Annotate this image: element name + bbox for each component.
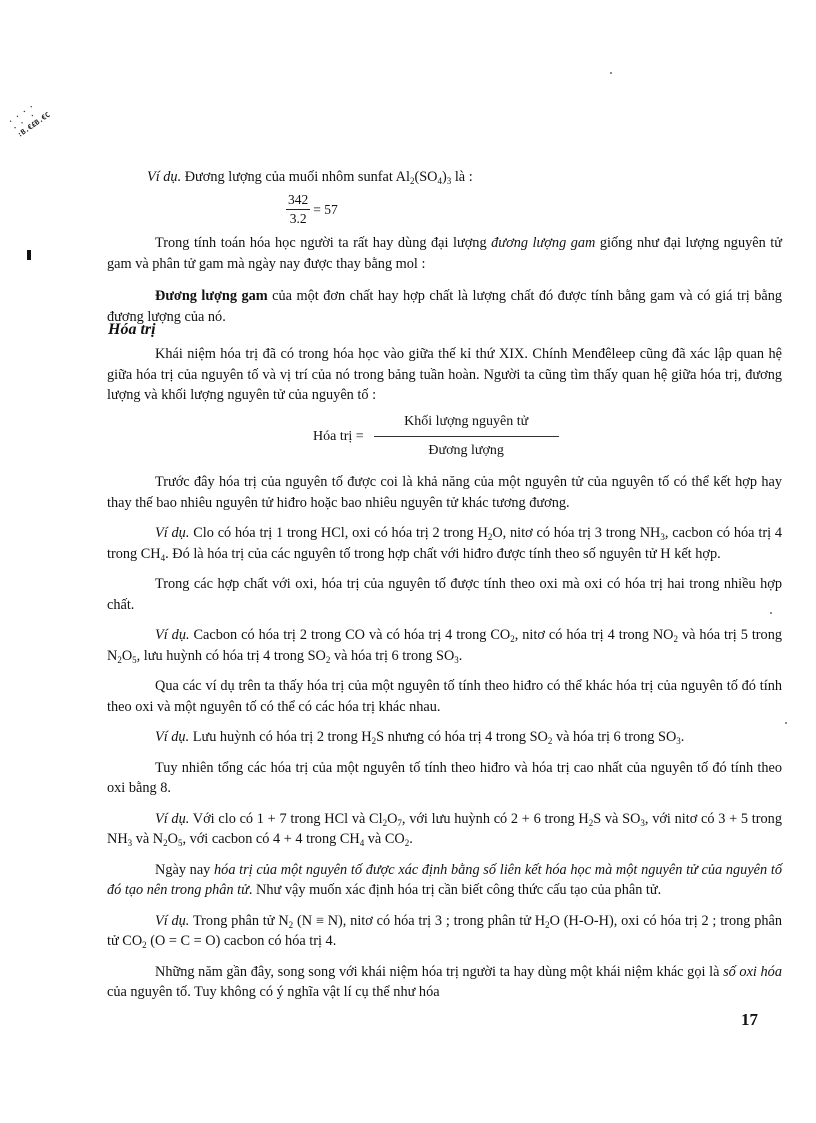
body-block-1: Trong tính toán hóa học người ta rất hay… xyxy=(107,233,782,327)
paragraph-history: Khái niệm hóa trị đã có trong hóa học và… xyxy=(107,344,782,406)
example-oxygen: Ví dụ. Cacbon có hóa trị 2 trong CO và c… xyxy=(107,625,782,666)
library-stamp: · · · · · · · :B.€£B.€C xyxy=(7,91,67,148)
page-number: 17 xyxy=(741,1010,758,1030)
example-sulfur: Ví dụ. Lưu huỳnh có hóa trị 2 trong H2S … xyxy=(107,727,782,748)
example-sum: Ví dụ. Với clo có 1 + 7 trong HCl và Cl2… xyxy=(107,809,782,850)
fraction-denominator: 3.2 xyxy=(290,210,307,227)
scan-speck xyxy=(785,722,787,724)
paragraph-today: Ngày nay hóa trị của một nguyên tố được … xyxy=(107,860,782,901)
paragraph-sum: Tuy nhiên tổng các hóa trị của một nguyê… xyxy=(107,758,782,799)
example-hydrogen: Ví dụ. Clo có hóa trị 1 trong HCl, oxi c… xyxy=(107,523,782,564)
document-page: · · · · · · · :B.€£B.€C Ví dụ. Đương lượ… xyxy=(0,0,816,1123)
example-label: Ví dụ. xyxy=(147,169,181,185)
paragraph-oxidation: Những năm gần đây, song song với khái ni… xyxy=(107,962,782,1003)
formula-denominator: Đương lượng xyxy=(428,437,503,459)
fraction-result: = 57 xyxy=(313,202,338,218)
paragraph-gram-equivalent: Trong tính toán hóa học người ta rất hay… xyxy=(107,233,782,274)
example-structure: Ví dụ. Trong phân tử N2 (N ≡ N), nitơ có… xyxy=(107,911,782,952)
body-block-3: Trước đây hóa trị của nguyên tố được coi… xyxy=(107,472,782,1003)
paragraph-previous: Trước đây hóa trị của nguyên tố được coi… xyxy=(107,472,782,513)
scan-speck xyxy=(610,72,612,74)
paragraph-examples-show: Qua các ví dụ trên ta thấy hóa trị của m… xyxy=(107,676,782,717)
fraction-numerator: 342 xyxy=(286,192,310,210)
paragraph-definition: Đương lượng gam của một đơn chất hay hợp… xyxy=(107,286,782,327)
formula-lhs: Hóa trị = xyxy=(313,429,364,445)
paragraph-oxygen: Trong các hợp chất với oxi, hóa trị của … xyxy=(107,574,782,615)
valence-formula: Hóa trị = Khối lượng nguyên tử Đương lượ… xyxy=(313,414,559,459)
formula-numerator: Khối lượng nguyên tử xyxy=(374,414,559,437)
margin-mark xyxy=(27,250,31,260)
section-heading: Hóa trị xyxy=(108,321,156,339)
body-block-2: Khái niệm hóa trị đã có trong hóa học và… xyxy=(107,344,782,406)
example-al2so43: Ví dụ. Đương lượng của muối nhôm sunfat … xyxy=(147,169,473,186)
equivalent-fraction: 342 3.2 = 57 xyxy=(286,192,338,227)
